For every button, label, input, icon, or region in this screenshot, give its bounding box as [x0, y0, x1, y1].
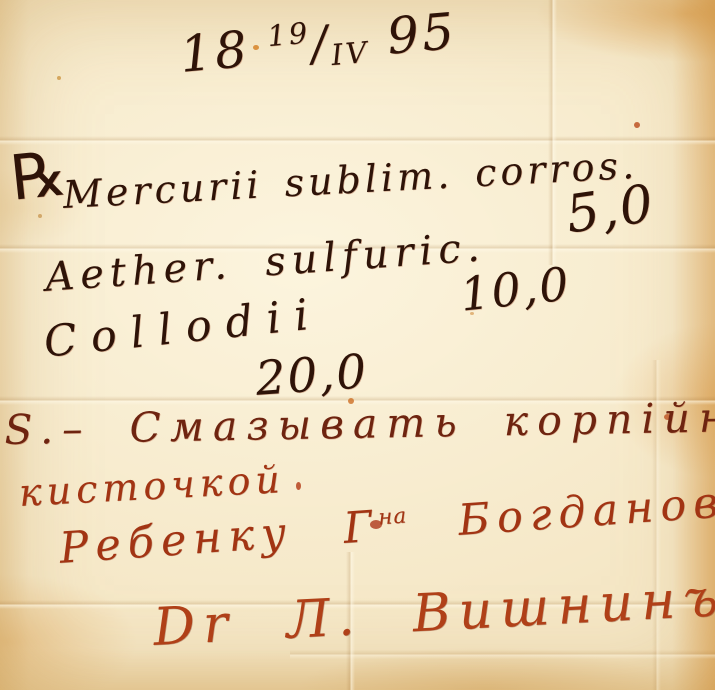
prescription-paper: 18 19/IV 95 ℞ Mercurii sublim. corros. 5…	[0, 0, 715, 690]
fold-crease-vertical	[548, 0, 557, 265]
doctor-title: Dr	[152, 594, 238, 658]
foxing-speck	[57, 76, 61, 80]
signatura-label: S.–	[4, 404, 92, 454]
date-year: 95	[385, 2, 459, 66]
date-line: 18 19/IV 95	[178, 6, 459, 83]
ingredient-dose: 5,0	[563, 178, 658, 242]
signatura-line1: S.– Смазывать корпійной	[4, 396, 715, 451]
ingredient-name: Mercurii sublim. corros.	[62, 146, 639, 214]
rx-symbol: ℞	[8, 142, 70, 209]
honorific-letter: Г	[342, 502, 381, 554]
patient-honorific: Гна	[342, 500, 410, 554]
doctor-initial: Л.	[285, 587, 364, 651]
date-month: IV	[330, 35, 371, 72]
foxing-speck	[38, 214, 42, 218]
date-century: 18	[178, 20, 252, 84]
fold-crease-horizontal	[290, 650, 715, 659]
doctor-signature: Dr Л. Вишнинъ	[152, 572, 715, 654]
patient-word: Ребенку	[58, 508, 295, 574]
signatura-text: Смазывать корпійной	[129, 392, 715, 452]
ingredient-name: Aether. sulfuric.	[44, 227, 487, 298]
ingredient-dose: 10,0	[458, 260, 573, 317]
signatura-line2: кисточкой	[18, 460, 286, 512]
doctor-surname: Вишнинъ	[411, 568, 715, 644]
date-day: 19	[266, 16, 312, 54]
date-fraction: 19/IV	[266, 8, 390, 76]
foxing-speck	[634, 122, 640, 128]
ingredient-dose: 20,0	[254, 348, 370, 403]
ink-speck	[296, 482, 301, 490]
honorific-superscript: на	[377, 504, 408, 531]
patient-surname: Богдановича	[457, 470, 715, 546]
